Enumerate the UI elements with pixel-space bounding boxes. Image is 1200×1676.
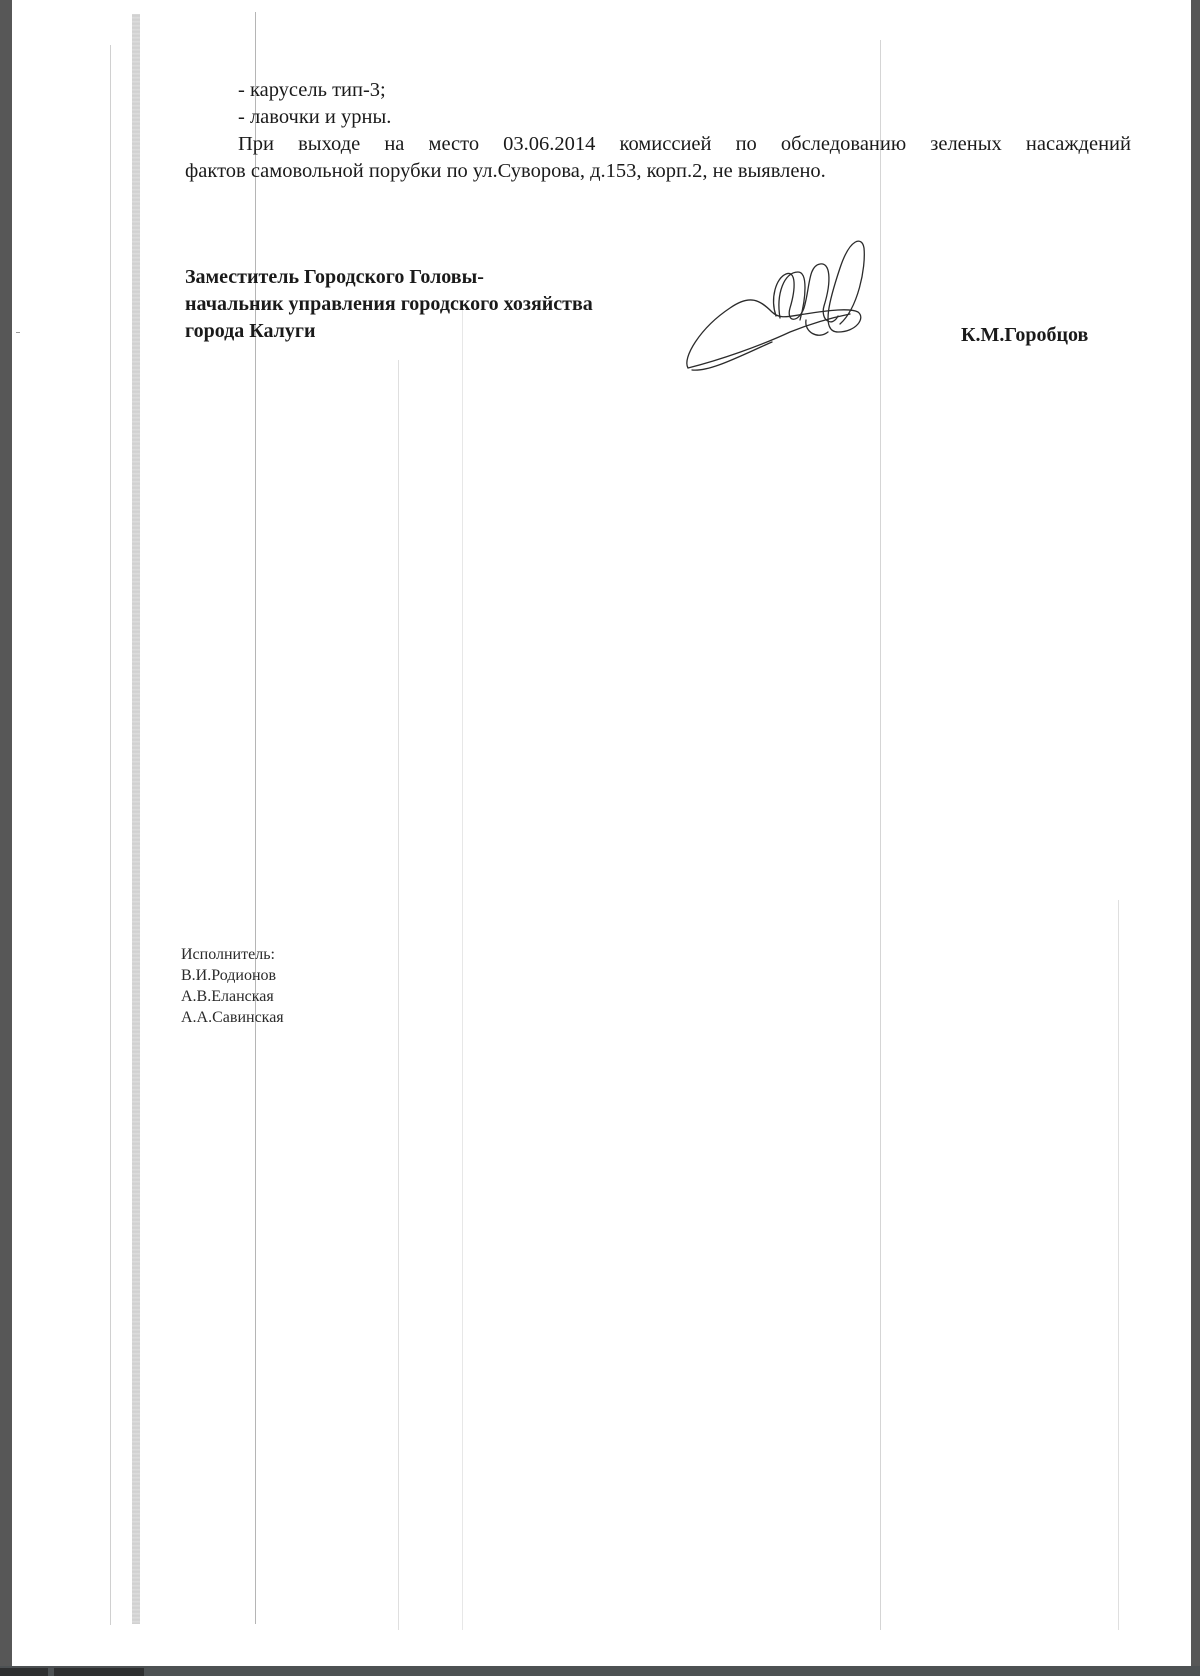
executor-name: А.В.Еланская <box>181 986 274 1007</box>
scan-artifact-band <box>132 14 140 1624</box>
signatory-name: К.М.Горобцов <box>961 322 1088 348</box>
scan-artifact-line <box>462 300 463 1630</box>
viewer-bottom-bar <box>0 1666 1200 1676</box>
paragraph-line: При выходе на место 03.06.2014 комиссией… <box>238 131 1131 157</box>
viewer-tab[interactable] <box>54 1668 144 1676</box>
signatory-title-line: города Калуги <box>185 318 316 344</box>
executor-label: Исполнитель: <box>181 944 275 965</box>
scan-artifact-line <box>255 12 256 1624</box>
scan-artifact-line <box>880 40 881 1630</box>
list-item: - карусель тип-3; <box>238 77 386 103</box>
executor-name: В.И.Родионов <box>181 965 276 986</box>
scan-speck <box>16 332 20 333</box>
signatory-title-line: Заместитель Городского Головы- <box>185 264 484 290</box>
signatory-title-line: начальник управления городского хозяйств… <box>185 291 593 317</box>
signature-icon <box>680 228 880 378</box>
viewer-tab[interactable] <box>0 1668 48 1676</box>
paragraph-line: фактов самовольной порубки по ул.Суворов… <box>185 158 826 184</box>
executor-name: А.А.Савинская <box>181 1007 284 1028</box>
scan-artifact-line <box>1118 900 1119 1630</box>
document-page: - карусель тип-3; - лавочки и урны. При … <box>12 0 1191 1666</box>
scan-artifact-line <box>110 45 111 1625</box>
scan-artifact-line <box>398 360 399 1630</box>
list-item: - лавочки и урны. <box>238 104 391 130</box>
